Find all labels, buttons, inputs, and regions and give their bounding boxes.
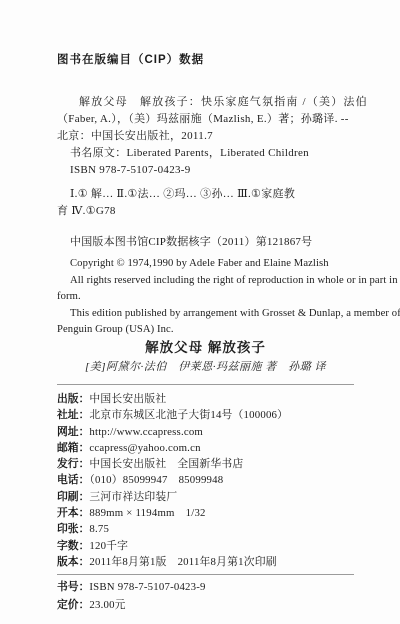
cip-description-line: ISBN 978-7-5107-0423-9 xyxy=(57,162,354,179)
colophon-label: 电话： xyxy=(57,474,89,486)
cip-registry-number: 中国版本图书馆CIP数据核字（2011）第121867号 xyxy=(57,235,354,250)
page-content: 图书在版编目（CIP）数据 解放父母 解放孩子：快乐家庭气氛指南 /（美）法伯 … xyxy=(57,0,354,614)
colophon-row: 发行：中国长安出版社 全国新华书店 xyxy=(57,456,354,472)
colophon-label: 字数： xyxy=(57,540,89,552)
colophon-label: 版本： xyxy=(57,556,89,568)
colophon-label: 网址： xyxy=(57,426,89,438)
copyright-notice: Copyright © 1974,1990 by Adele Faber and… xyxy=(57,256,354,339)
cip-description-line: 北京：中国长安出版社，2011.7 xyxy=(57,128,354,145)
copyright-line: form. xyxy=(57,289,354,306)
colophon-value: 120千字 xyxy=(89,540,128,552)
book-title: 解放父母 解放孩子 xyxy=(57,339,354,357)
colophon-value: 8.75 xyxy=(89,523,109,535)
price-row: 定价：23.00元 xyxy=(57,597,354,615)
isbn-value: ISBN 978-7-5107-0423-9 xyxy=(89,581,205,593)
colophon-label: 出版： xyxy=(57,393,89,405)
colophon-value: ccapress@yahoo.com.cn xyxy=(89,442,200,454)
colophon-row: 出版：中国长安出版社 xyxy=(57,391,354,407)
colophon-row: 版本：2011年8月第1版 2011年8月第1次印刷 xyxy=(57,554,354,570)
colophon-value: 2011年8月第1版 2011年8月第1次印刷 xyxy=(89,556,276,568)
divider xyxy=(57,384,354,385)
colophon-label: 开本： xyxy=(57,507,89,519)
colophon-row: 社址：北京市东城区北池子大街14号（100006） xyxy=(57,407,354,423)
colophon-row: 开本：889mm × 1194mm 1/32 xyxy=(57,505,354,521)
colophon-label: 邮箱： xyxy=(57,442,89,454)
cip-classification-line: 育 Ⅳ.①G78 xyxy=(57,203,354,220)
copyright-line: All rights reserved including the right … xyxy=(57,273,354,290)
book-copyright-page: 图书在版编目（CIP）数据 解放父母 解放孩子：快乐家庭气氛指南 /（美）法伯 … xyxy=(0,0,400,624)
colophon-value: 北京市东城区北池子大街14号（100006） xyxy=(89,409,288,421)
colophon-value: 三河市祥达印装厂 xyxy=(89,491,177,503)
copyright-line: Penguin Group (USA) Inc. xyxy=(57,322,354,339)
colophon-row: 印刷：三河市祥达印装厂 xyxy=(57,489,354,505)
cip-classification: Ⅰ.① 解… Ⅱ.①法… ②玛… ③孙… Ⅲ.①家庭教 育 Ⅳ.①G78 xyxy=(57,186,354,220)
colophon-value: 中国长安出版社 xyxy=(89,393,166,405)
colophon-label: 印张： xyxy=(57,523,89,535)
colophon-row: 印张：8.75 xyxy=(57,521,354,537)
colophon: 出版：中国长安出版社 社址：北京市东城区北池子大街14号（100006） 网址：… xyxy=(57,391,354,570)
colophon-value: 中国长安出版社 全国新华书店 xyxy=(89,458,243,470)
colophon-value: 889mm × 1194mm 1/32 xyxy=(89,507,205,519)
cip-header: 图书在版编目（CIP）数据 xyxy=(57,53,354,68)
colophon-row: 网址：http://www.ccapress.com xyxy=(57,424,354,440)
cip-description-line: 解放父母 解放孩子：快乐家庭气氛指南 /（美）法伯 xyxy=(57,94,354,111)
divider xyxy=(57,574,354,575)
cip-classification-line: Ⅰ.① 解… Ⅱ.①法… ②玛… ③孙… Ⅲ.①家庭教 xyxy=(57,186,354,203)
cip-description-line: （Faber, A.），（美）玛兹丽施（Mazlish, E.）著；孙璐译. -… xyxy=(57,111,354,128)
colophon-value: http://www.ccapress.com xyxy=(89,426,203,438)
copyright-line: This edition published by arrangement wi… xyxy=(57,306,354,323)
cip-description: 解放父母 解放孩子：快乐家庭气氛指南 /（美）法伯 （Faber, A.），（美… xyxy=(57,94,354,179)
isbn-label: 书号： xyxy=(57,581,89,593)
cip-description-line: 书名原文：Liberated Parents，Liberated Childre… xyxy=(57,145,354,162)
price-block: 书号：ISBN 978-7-5107-0423-9 定价：23.00元 xyxy=(57,579,354,614)
isbn-row: 书号：ISBN 978-7-5107-0423-9 xyxy=(57,579,354,597)
colophon-row: 字数：120千字 xyxy=(57,538,354,554)
colophon-row: 邮箱：ccapress@yahoo.com.cn xyxy=(57,440,354,456)
colophon-label: 印刷： xyxy=(57,491,89,503)
book-authors: [美]阿黛尔·法伯 伊莱恩·玛兹丽施 著 孙璐 译 xyxy=(57,359,354,375)
colophon-value: （010）85099947 85099948 xyxy=(89,474,223,486)
price-value: 23.00元 xyxy=(89,599,125,611)
copyright-line: Copyright © 1974,1990 by Adele Faber and… xyxy=(57,256,354,273)
colophon-label: 社址： xyxy=(57,409,89,421)
colophon-row: 电话：（010）85099947 85099948 xyxy=(57,472,354,488)
colophon-label: 发行： xyxy=(57,458,89,470)
price-label: 定价： xyxy=(57,599,89,611)
